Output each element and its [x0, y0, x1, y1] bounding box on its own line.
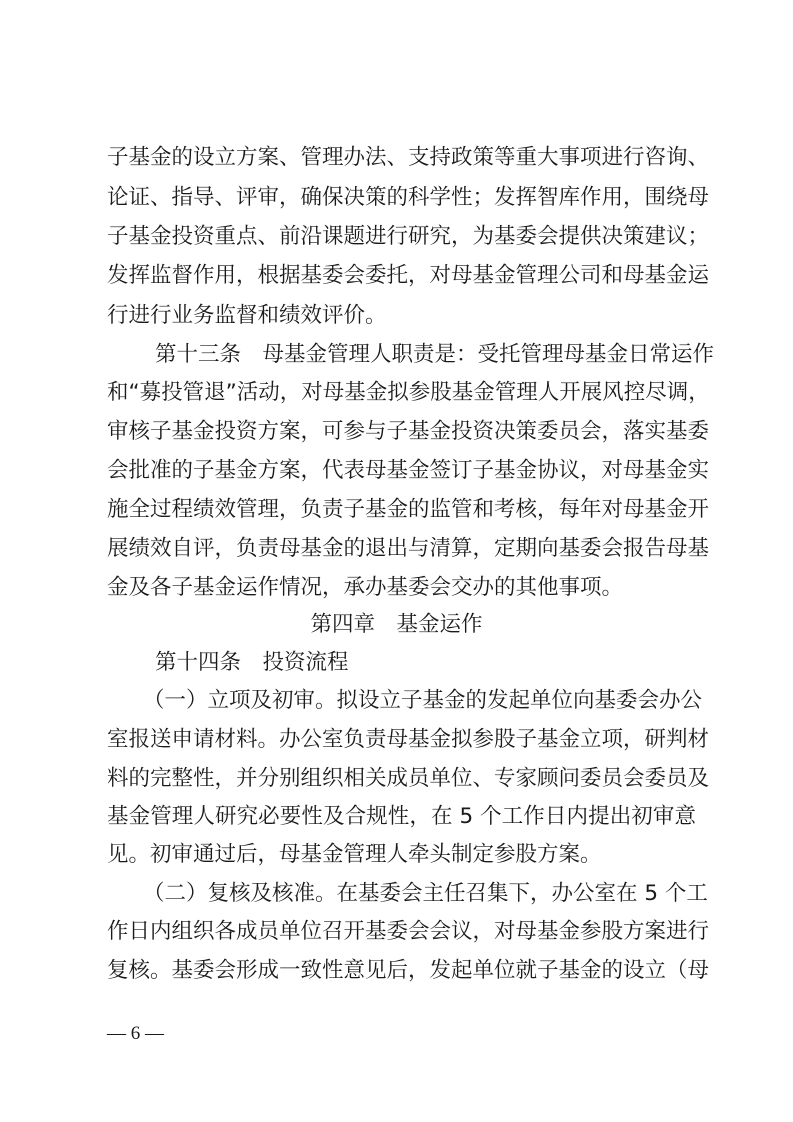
text-line: 复核。基委会形成一致性意见后，发起单位就子基金的设立（母 — [107, 956, 696, 986]
text-line: 基金管理人研究必要性及合规性，在 5 个工作日内提出初审意 — [107, 802, 696, 832]
article-13-heading-line: 第十三条 母基金管理人职责是：受托管理母基金日常运作 — [155, 340, 696, 370]
text-line: 施全过程绩效管理，负责子基金的监管和考核，每年对母基金开 — [107, 495, 696, 525]
text-line: 室报送申请材料。办公室负责母基金拟参股子基金立项，研判材 — [107, 725, 696, 755]
clause-1-first-line: （一）立项及初审。拟设立子基金的发起单位向基委会办公 — [143, 686, 696, 716]
text-line: 子基金投资重点、前沿课题进行研究，为基委会提供决策建议； — [107, 222, 696, 252]
text-line: 作日内组织各成员单位召开基委会会议，对母基金参股方案进行 — [107, 917, 696, 947]
text-line: 发挥监督作用，根据基委会委托，对母基金管理公司和母基金运 — [107, 261, 696, 291]
chapter-heading: 第四章 基金运作 — [0, 610, 793, 640]
text-line: 见。初审通过后，母基金管理人牵头制定参股方案。 — [107, 840, 696, 870]
text-line: 和“募投管退”活动，对母基金拟参股基金管理人开展风控尽调， — [107, 378, 696, 408]
text-line: 会批准的子基金方案，代表母基金签订子基金协议，对母基金实 — [107, 456, 696, 486]
text-line: 金及各子基金运作情况，承办基委会交办的其他事项。 — [107, 573, 696, 603]
text-line: 行进行业务监督和绩效评价。 — [107, 301, 696, 331]
article-14-heading: 第十四条 投资流程 — [155, 648, 696, 678]
text-line: 料的完整性，并分别组织相关成员单位、专家顾问委员会委员及 — [107, 764, 696, 794]
clause-2-first-line: （二）复核及核准。在基委会主任召集下，办公室在 5 个工 — [143, 879, 696, 909]
text-line: 子基金的设立方案、管理办法、支持政策等重大事项进行咨询、 — [107, 143, 696, 173]
text-line: 论证、指导、评审，确保决策的科学性；发挥智库作用，围绕母 — [107, 183, 696, 213]
page-number: — 6 — — [107, 1020, 164, 1048]
document-page: 子基金的设立方案、管理办法、支持政策等重大事项进行咨询、 论证、指导、评审，确保… — [0, 0, 793, 1122]
text-line: 展绩效自评，负责母基金的退出与清算，定期向基委会报告母基 — [107, 534, 696, 564]
text-line: 审核子基金投资方案，可参与子基金投资决策委员会，落实基委 — [107, 417, 696, 447]
